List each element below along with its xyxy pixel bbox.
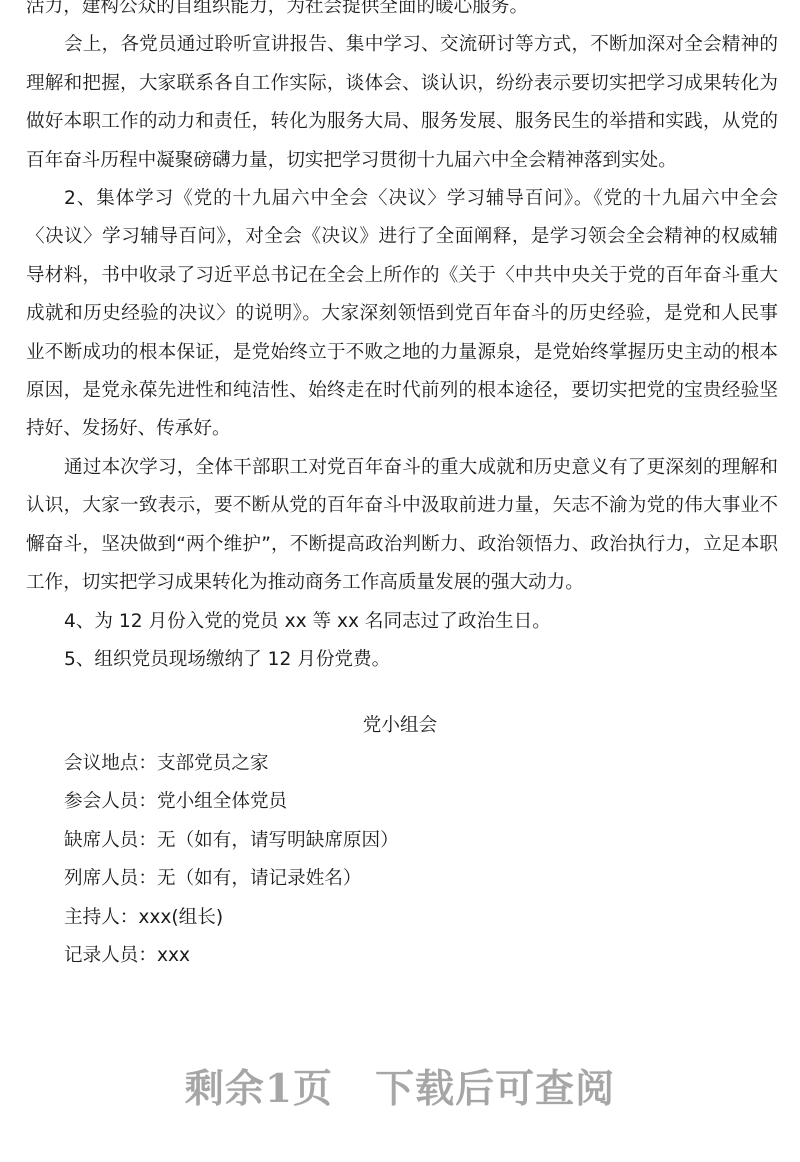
meeting-meta-list: 会议地点：支部党员之家 参会人员：党小组全体党员 缺席人员：无（如有，请写明缺席… <box>64 745 399 975</box>
meta-label: 主持人： <box>64 907 138 928</box>
meta-value: 党小组全体党员 <box>157 791 287 812</box>
meta-row-recorder: 记录人员：xxx <box>64 937 399 975</box>
remaining-pages-text: 剩余1页 <box>185 1066 333 1112</box>
document-body: 活力，建构公众的自组织能力，为社会提供全面的暖心服务。 会上，各党员通过聆听宣讲… <box>26 0 778 679</box>
meta-row-absentees: 缺席人员：无（如有，请写明缺席原因） <box>64 822 399 860</box>
meta-value: 无（如有，请记录姓名） <box>157 868 362 889</box>
download-prompt-banner[interactable]: 剩余1页下载后可查阅 <box>0 1058 800 1114</box>
paragraph-study-outcome: 通过本次学习，全体干部职工对党百年奋斗的重大成就和历史意义有了更深刻的理解和认识… <box>26 449 778 603</box>
meta-value: xxx(组长) <box>138 907 223 928</box>
paragraph-continuation: 活力，建构公众的自组织能力，为社会提供全面的暖心服务。 <box>26 0 778 26</box>
meta-row-host: 主持人：xxx(组长) <box>64 899 399 937</box>
meta-label: 列席人员： <box>64 868 157 889</box>
download-to-view-text[interactable]: 下载后可查阅 <box>375 1066 615 1112</box>
meta-row-location: 会议地点：支部党员之家 <box>64 745 399 783</box>
paragraph-item-5-party-dues: 5、组织党员现场缴纳了 12 月份党费。 <box>26 641 778 679</box>
meta-value: 支部党员之家 <box>157 753 269 774</box>
meta-row-observers: 列席人员：无（如有，请记录姓名） <box>64 860 399 898</box>
meta-label: 参会人员： <box>64 791 157 812</box>
meta-row-attendees: 参会人员：党小组全体党员 <box>64 783 399 821</box>
section-title: 党小组会 <box>0 707 800 745</box>
meta-label: 会议地点： <box>64 753 157 774</box>
meta-label: 记录人员： <box>64 945 157 966</box>
paragraph-meeting-summary: 会上，各党员通过聆听宣讲报告、集中学习、交流研讨等方式，不断加深对全会精神的理解… <box>26 26 778 180</box>
meta-label: 缺席人员： <box>64 830 157 851</box>
meta-value: 无（如有，请写明缺席原因） <box>157 830 399 851</box>
meta-value: xxx <box>157 945 190 966</box>
paragraph-item-2-collective-study: 2、集体学习《党的十九届六中全会〈决议〉学习辅导百问》。《党的十九届六中全会〈决… <box>26 180 778 449</box>
paragraph-item-4-political-birthday: 4、为 12 月份入党的党员 xx 等 xx 名同志过了政治生日。 <box>26 603 778 641</box>
